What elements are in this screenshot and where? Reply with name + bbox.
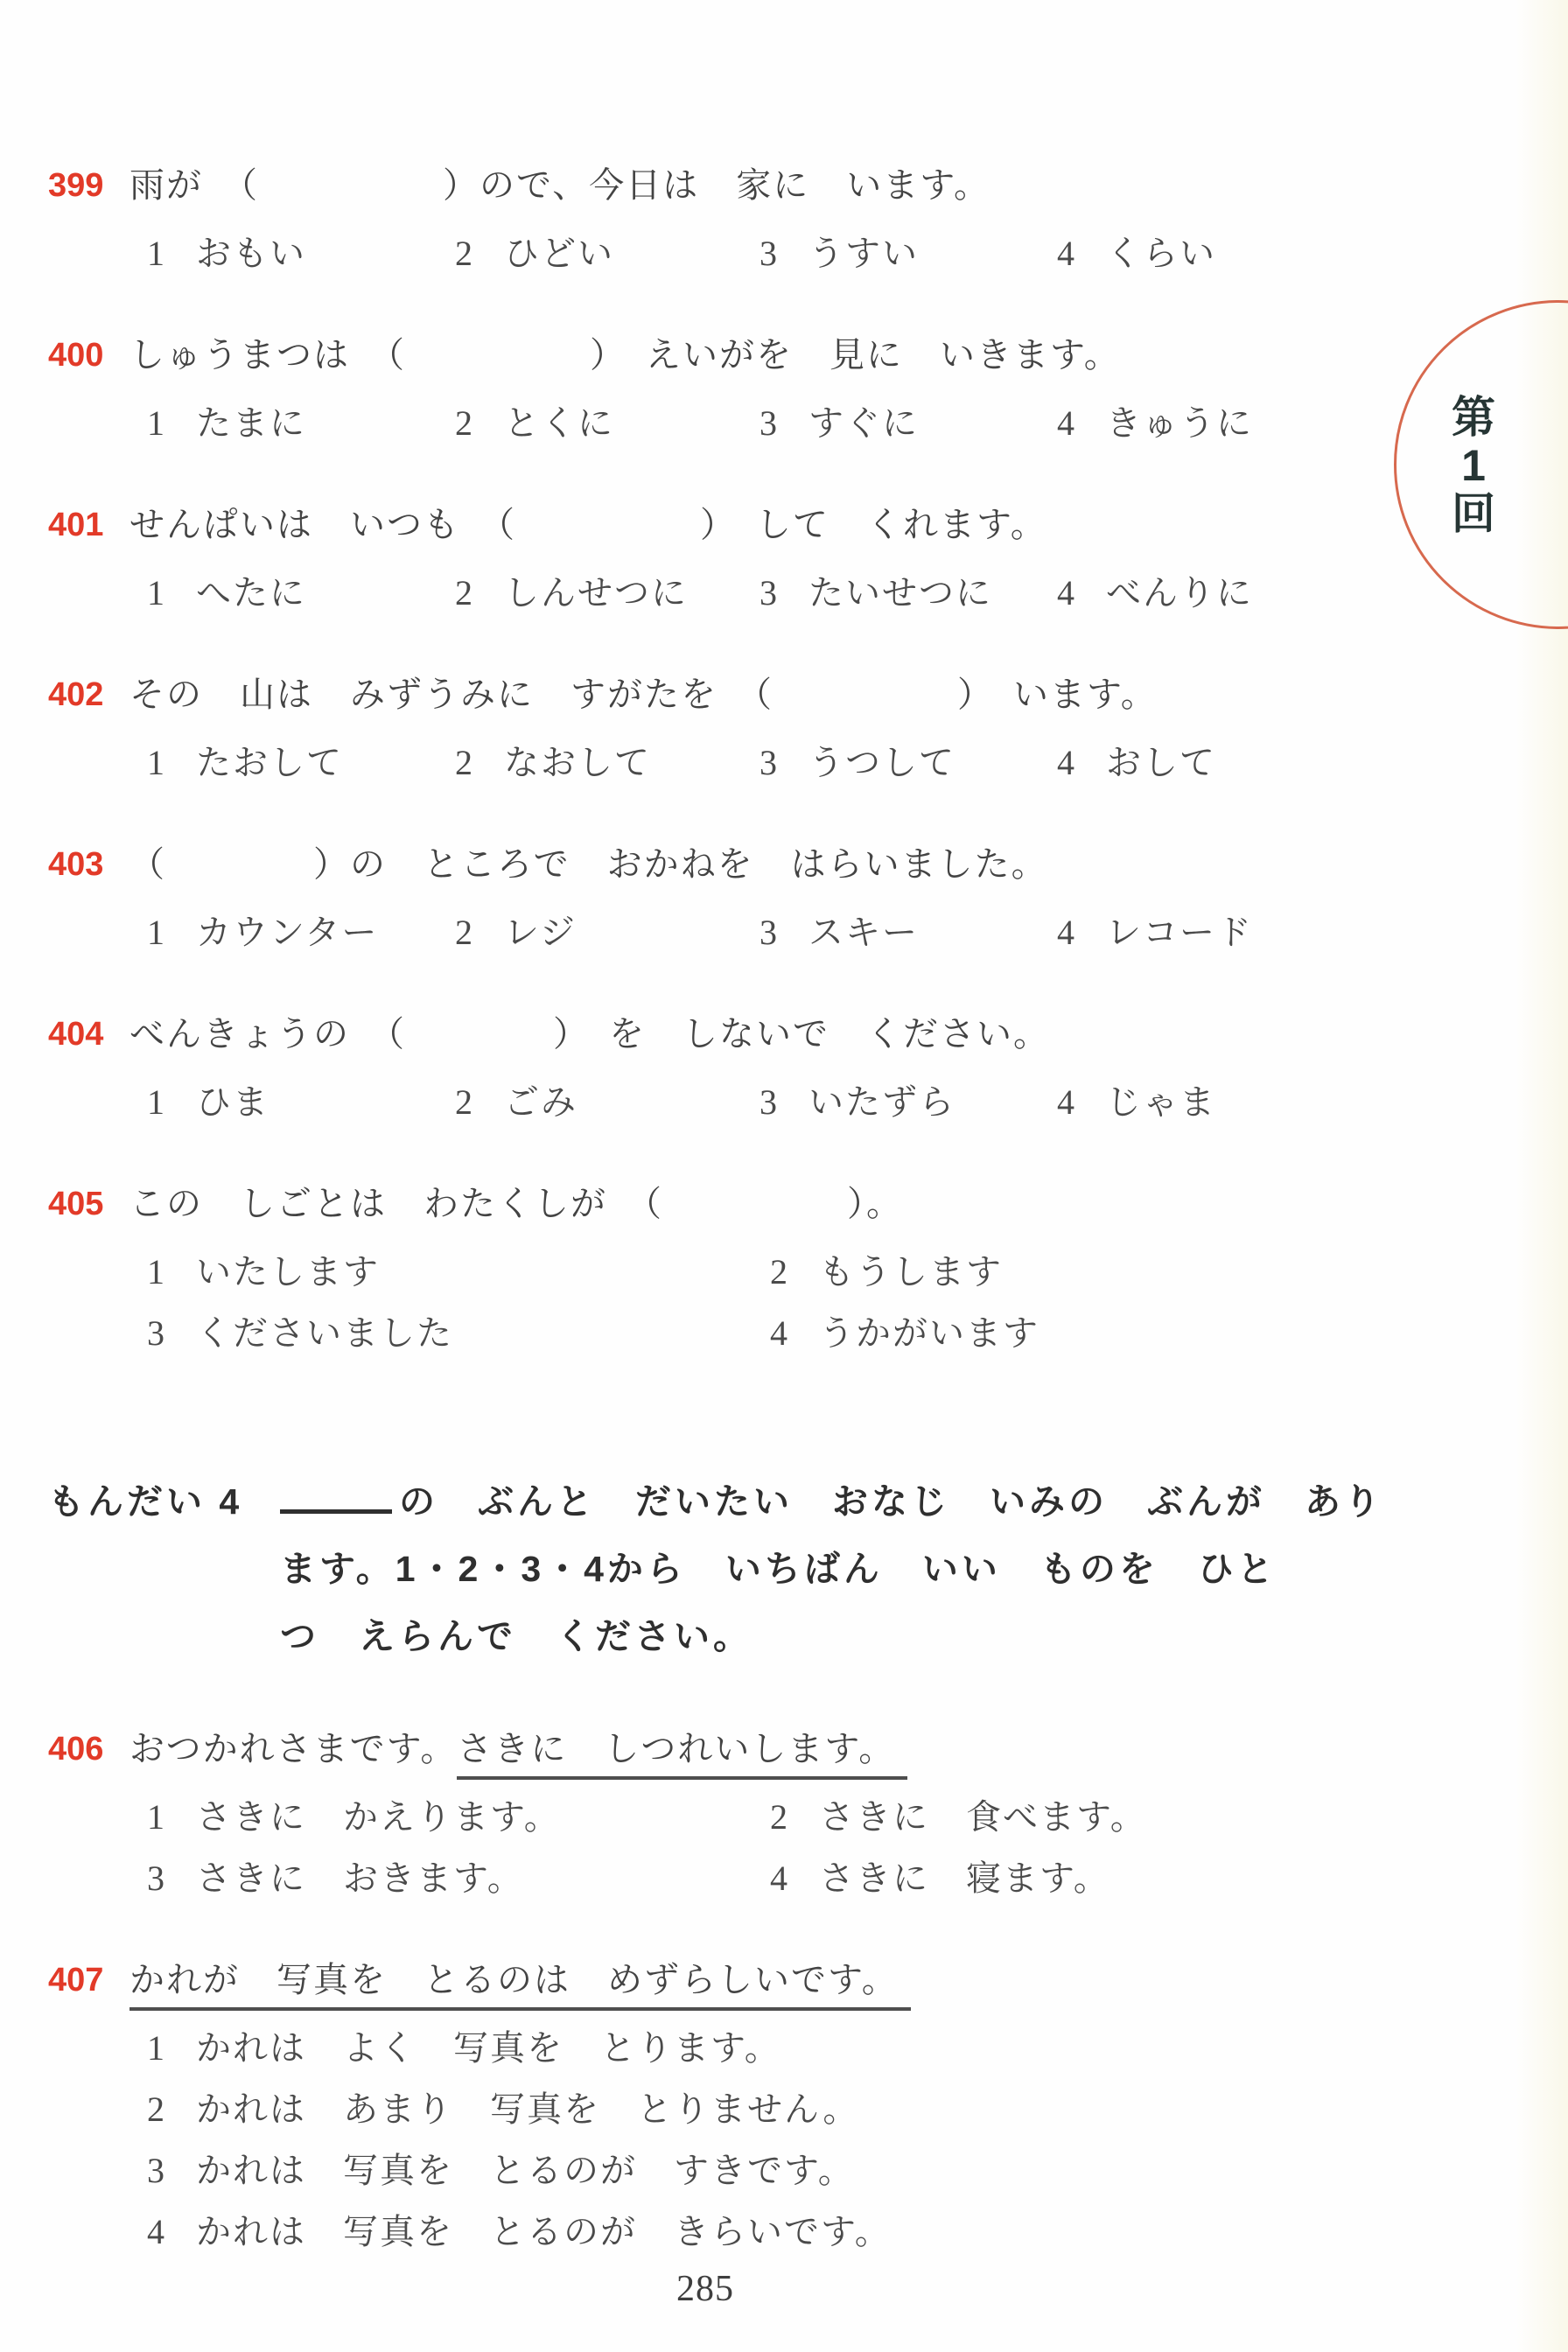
option-1: 1おもい (147, 231, 455, 276)
question-400: 400 しゅうまつは （ ） えいがを 見に いきます。 1たまに 2とくに 3… (48, 332, 1568, 446)
options-row: 1たまに 2とくに 3すぐに 4きゅうに (147, 401, 1568, 446)
options-row: 3さきに おきます。 4さきに 寝ます。 (147, 1856, 1568, 1901)
option-text: べんりに (1106, 573, 1253, 612)
option-number: 2 (455, 231, 478, 276)
option-text: うつして (808, 743, 955, 782)
option-text: いたずら (808, 1082, 955, 1122)
option-number: 2 (455, 401, 478, 446)
option-number: 1 (147, 1795, 170, 1840)
options-row: 1ひま 2ごみ 3いたずら 4じゃま (147, 1080, 1568, 1125)
option-number: 4 (1057, 1080, 1080, 1125)
option-2: 2かれは あまり 写真を とりません。 (147, 2087, 859, 2132)
option-number: 2 (147, 2087, 170, 2132)
option-text: さきに 寝ます。 (819, 1858, 1110, 1898)
options-row: 1カウンター 2レジ 3スキー 4レコード (147, 910, 1568, 955)
option-number: 2 (770, 1249, 793, 1295)
options-row: 2かれは あまり 写真を とりません。 (147, 2087, 1568, 2132)
option-4: 4レコード (1057, 910, 1253, 955)
option-4: 4くらい (1057, 231, 1216, 276)
option-number: 3 (759, 570, 782, 616)
option-number: 1 (147, 231, 170, 276)
option-number: 4 (1057, 570, 1080, 616)
option-number: 4 (770, 1856, 793, 1901)
question-stem: かれが 写真を とるのは めずらしいです。 (129, 1957, 911, 2003)
question-stem: その 山は みずうみに すがたを （ ） います。 (129, 672, 1158, 717)
option-number: 4 (147, 2209, 170, 2255)
question-stem: 雨が （ ）ので、今日は 家に います。 (129, 163, 990, 208)
option-text: さきに 食べます。 (819, 1797, 1147, 1837)
stem-plain-part: おつかれさまです。 (129, 1729, 457, 1768)
option-text: かれは 写真を とるのが すきです。 (196, 2151, 855, 2190)
option-text: たまに (196, 403, 306, 443)
option-text: さきに おきます。 (196, 1858, 524, 1898)
question-402: 402 その 山は みずうみに すがたを （ ） います。 1たおして 2なおし… (48, 672, 1568, 786)
mondai-4-instructions: もんだい 4 の ぶんと だいたい おなじ いみの ぶんが あり ます。1・2・… (48, 1468, 1568, 1670)
option-text: スキー (808, 913, 919, 952)
fill-in-blank-line (280, 1480, 392, 1514)
option-1: 1へたに (147, 570, 455, 616)
question-stem: しゅうまつは （ ） えいがを 見に いきます。 (129, 332, 1121, 378)
question-number: 400 (48, 332, 129, 378)
question-number: 399 (48, 163, 129, 208)
question-stem: おつかれさまです。さきに しつれいします。 (129, 1726, 907, 1772)
page-number: 285 (635, 2268, 775, 2310)
question-404: 404 べんきょうの （ ） を しないで ください。 1ひま 2ごみ 3いたず… (48, 1011, 1568, 1125)
stem-underlined-part: かれが 写真を とるのは めずらしいです。 (129, 1960, 911, 2011)
option-1: 1ひま (147, 1080, 455, 1125)
option-number: 1 (147, 2026, 170, 2071)
option-3: 3すぐに (759, 401, 1057, 446)
question-number: 406 (48, 1726, 129, 1772)
instruction-line-2: ます。1・2・3・4から いちばん いい ものを ひと (280, 1536, 1383, 1603)
option-text: カウンター (196, 913, 378, 952)
option-number: 2 (455, 910, 478, 955)
question-401: 401 せんぱいは いつも （ ） して くれます。 1へたに 2しんせつに 3… (48, 502, 1568, 616)
option-number: 3 (759, 401, 782, 446)
option-text: うすい (808, 234, 919, 273)
question-number: 401 (48, 502, 129, 548)
instruction-line-1-text: の ぶんと だいたい おなじ いみの ぶんが あり (399, 1481, 1383, 1522)
mondai-4-label: もんだい 4 (48, 1468, 280, 1670)
question-stem: せんぱいは いつも （ ） して くれます。 (129, 502, 1047, 548)
options-row: 1へたに 2しんせつに 3たいせつに 4べんりに (147, 570, 1568, 616)
options-row: 1たおして 2なおして 3うつして 4おして (147, 740, 1568, 786)
option-text: もうします (819, 1252, 1003, 1291)
option-text: くださいました (196, 1313, 453, 1353)
option-number: 2 (770, 1795, 793, 1840)
options-row: 1さきに かえります。 2さきに 食べます。 (147, 1795, 1568, 1840)
stem-underlined-part: さきに しつれいします。 (457, 1729, 907, 1780)
option-3: 3いたずら (759, 1080, 1057, 1125)
option-3: 3うつして (759, 740, 1057, 786)
option-number: 4 (1057, 910, 1080, 955)
option-number: 3 (147, 1856, 170, 1901)
option-4: 4うかがいます (770, 1311, 1039, 1356)
question-number: 407 (48, 1957, 129, 2003)
option-text: ごみ (504, 1082, 577, 1122)
option-text: くらい (1106, 234, 1216, 273)
option-number: 3 (759, 910, 782, 955)
options-row: 1おもい 2ひどい 3うすい 4くらい (147, 231, 1568, 276)
option-text: じゃま (1106, 1082, 1216, 1122)
option-text: へたに (196, 573, 306, 612)
option-1: 1カウンター (147, 910, 455, 955)
option-1: 1たまに (147, 401, 455, 446)
question-stem: （ ）の ところで おかねを はらいました。 (129, 842, 1048, 887)
option-text: きゅうに (1106, 403, 1253, 443)
option-2: 2しんせつに (455, 570, 759, 616)
question-number: 404 (48, 1011, 129, 1057)
option-2: 2もうします (770, 1249, 1003, 1295)
scanned-test-page: 第 1 回 399 雨が （ ）ので、今日は 家に います。 1おもい 2ひどい… (0, 0, 1568, 2352)
option-2: 2ひどい (455, 231, 759, 276)
option-number: 3 (759, 231, 782, 276)
option-2: 2レジ (455, 910, 759, 955)
option-text: おもい (196, 234, 306, 273)
question-number: 403 (48, 842, 129, 887)
option-4: 4さきに 寝ます。 (770, 1856, 1110, 1901)
option-text: たいせつに (808, 573, 992, 612)
badge-line-2: 1 (1442, 442, 1505, 490)
option-3: 3くださいました (147, 1311, 770, 1356)
option-number: 3 (147, 1311, 170, 1356)
option-number: 1 (147, 570, 170, 616)
option-number: 3 (759, 740, 782, 786)
option-text: とくに (504, 403, 614, 443)
option-number: 2 (455, 740, 478, 786)
question-405: 405 この しごとは わたくしが （ ）。 1いたします 2もうします 3くだ… (48, 1181, 1568, 1356)
badge-dai-1-kai: 第 1 回 (1442, 394, 1505, 538)
options-row: 1かれは よく 写真を とります。 (147, 2026, 1568, 2071)
option-text: うかがいます (819, 1313, 1039, 1353)
option-number: 4 (770, 1311, 793, 1356)
option-3: 3うすい (759, 231, 1057, 276)
option-number: 4 (1057, 401, 1080, 446)
question-stem: べんきょうの （ ） を しないで ください。 (129, 1011, 1050, 1057)
question-407: 407 かれが 写真を とるのは めずらしいです。 1かれは よく 写真を とり… (48, 1957, 1568, 2255)
option-2: 2とくに (455, 401, 759, 446)
option-number: 2 (455, 1080, 478, 1125)
option-4: 4じゃま (1057, 1080, 1216, 1125)
option-4: 4おして (1057, 740, 1216, 786)
option-text: ひま (196, 1082, 269, 1122)
option-2: 2ごみ (455, 1080, 759, 1125)
page-content: 399 雨が （ ）ので、今日は 家に います。 1おもい 2ひどい 3うすい … (0, 0, 1568, 2255)
option-3: 3スキー (759, 910, 1057, 955)
option-2: 2なおして (455, 740, 759, 786)
question-number: 405 (48, 1181, 129, 1227)
option-4: 4きゅうに (1057, 401, 1253, 446)
option-1: 1たおして (147, 740, 455, 786)
option-text: しんせつに (504, 573, 688, 612)
question-399: 399 雨が （ ）ので、今日は 家に います。 1おもい 2ひどい 3うすい … (48, 163, 1568, 276)
mondai-4-body: の ぶんと だいたい おなじ いみの ぶんが あり ます。1・2・3・4から い… (280, 1468, 1383, 1670)
question-406: 406 おつかれさまです。さきに しつれいします。 1さきに かえります。 2さ… (48, 1726, 1568, 1901)
instruction-line-3: つ えらんで ください。 (280, 1603, 1383, 1670)
option-4: 4べんりに (1057, 570, 1253, 616)
option-text: なおして (504, 743, 651, 782)
option-number: 4 (1057, 231, 1080, 276)
option-text: おして (1106, 743, 1216, 782)
option-text: レジ (504, 913, 577, 952)
question-number: 402 (48, 672, 129, 717)
option-text: ひどい (504, 234, 614, 273)
option-3: 3さきに おきます。 (147, 1856, 770, 1901)
option-1: 1いたします (147, 1249, 770, 1295)
option-3: 3かれは 写真を とるのが すきです。 (147, 2148, 855, 2194)
option-number: 1 (147, 401, 170, 446)
options-row: 1いたします 2もうします (147, 1249, 1568, 1295)
option-3: 3たいせつに (759, 570, 1057, 616)
option-number: 3 (147, 2148, 170, 2194)
question-stem: この しごとは わたくしが （ ）。 (129, 1181, 903, 1227)
option-text: かれは よく 写真を とります。 (196, 2028, 781, 2068)
option-text: かれは 写真を とるのが きらいです。 (196, 2212, 892, 2251)
badge-line-1: 第 (1442, 394, 1505, 442)
option-1: 1かれは よく 写真を とります。 (147, 2026, 781, 2071)
option-text: いたします (196, 1252, 380, 1291)
badge-line-3: 回 (1442, 490, 1505, 538)
option-text: かれは あまり 写真を とりません。 (196, 2089, 859, 2129)
option-text: さきに かえります。 (196, 1797, 561, 1837)
option-number: 3 (759, 1080, 782, 1125)
instruction-line-1: の ぶんと だいたい おなじ いみの ぶんが あり (280, 1468, 1383, 1536)
option-text: すぐに (808, 403, 919, 443)
option-4: 4かれは 写真を とるのが きらいです。 (147, 2209, 892, 2255)
option-2: 2さきに 食べます。 (770, 1795, 1147, 1840)
option-text: たおして (196, 743, 343, 782)
options-row: 4かれは 写真を とるのが きらいです。 (147, 2209, 1568, 2255)
options-row: 3くださいました 4うかがいます (147, 1311, 1568, 1356)
option-number: 1 (147, 1080, 170, 1125)
option-number: 1 (147, 910, 170, 955)
option-number: 1 (147, 740, 170, 786)
option-number: 4 (1057, 740, 1080, 786)
question-403: 403 （ ）の ところで おかねを はらいました。 1カウンター 2レジ 3ス… (48, 842, 1568, 955)
option-text: レコード (1106, 913, 1253, 952)
option-1: 1さきに かえります。 (147, 1795, 770, 1840)
option-number: 1 (147, 1249, 170, 1295)
options-row: 3かれは 写真を とるのが すきです。 (147, 2148, 1568, 2194)
option-number: 2 (455, 570, 478, 616)
